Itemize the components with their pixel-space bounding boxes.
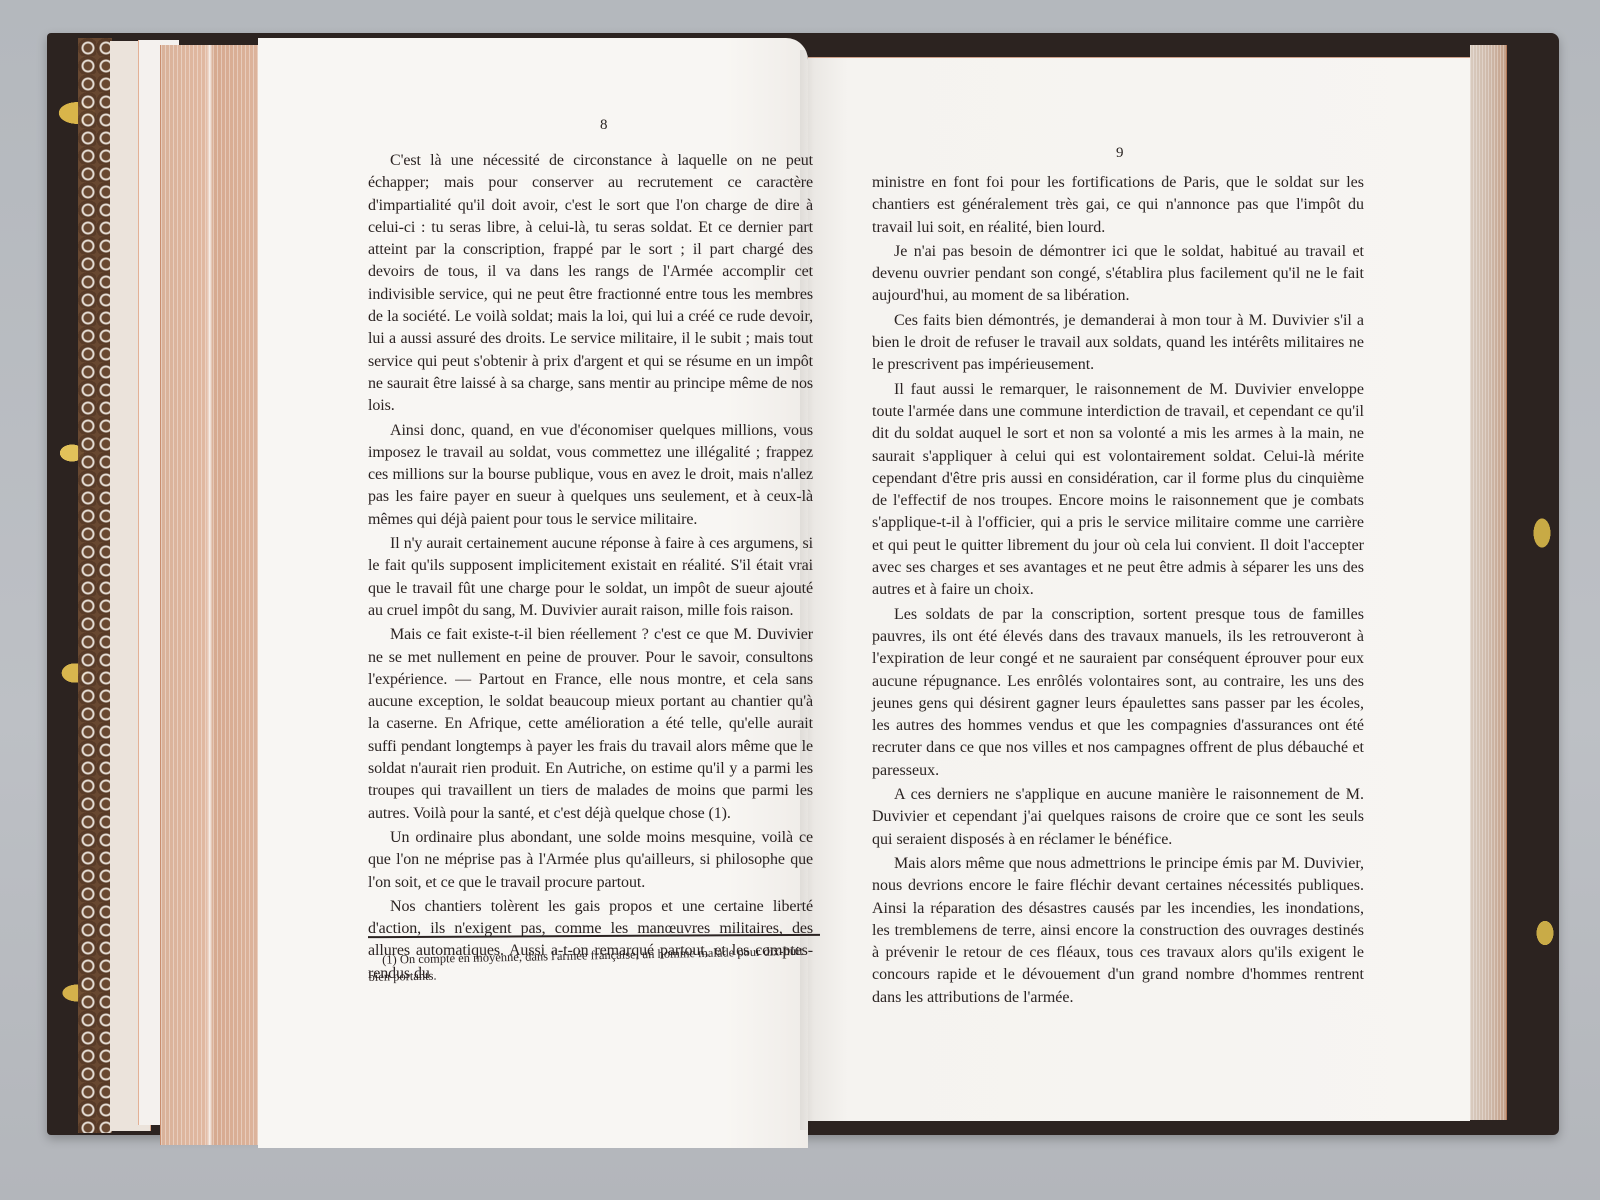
paragraph: Un ordinaire plus abondant, une solde mo… bbox=[368, 827, 813, 894]
paragraph: Il n'y aurait certainement aucune répons… bbox=[368, 533, 813, 622]
paragraph-continuation: ministre en font foi pour les fortificat… bbox=[872, 172, 1364, 239]
paragraph: Les soldats de par la conscription, sort… bbox=[872, 604, 1364, 782]
paragraph: Mais ce fait existe-t-il bien réellement… bbox=[368, 624, 813, 825]
paragraph: Mais alors même que nous admettrions le … bbox=[872, 853, 1364, 1009]
marbled-endpaper bbox=[78, 38, 112, 1133]
right-page-text: ministre en font foi pour les fortificat… bbox=[872, 172, 1364, 1011]
page-block-edges-left bbox=[160, 45, 261, 1145]
paragraph: Il faut aussi le remarquer, le raisonnem… bbox=[872, 379, 1364, 602]
page-number-right: 9 bbox=[1116, 145, 1124, 162]
paragraph: Je n'ai pas besoin de démontrer ici que … bbox=[872, 241, 1364, 308]
paragraph: Ainsi donc, quand, en vue d'économiser q… bbox=[368, 420, 813, 531]
left-page-text: C'est là une nécessité de circonstance à… bbox=[368, 150, 813, 987]
paragraph: A ces derniers ne s'applique en aucune m… bbox=[872, 784, 1364, 851]
page-block-edges-right bbox=[1470, 45, 1507, 1120]
page-number-left: 8 bbox=[600, 117, 608, 134]
paragraph: C'est là une nécessité de circonstance à… bbox=[368, 150, 813, 418]
paragraph: Ces faits bien démontrés, je demanderai … bbox=[872, 310, 1364, 377]
